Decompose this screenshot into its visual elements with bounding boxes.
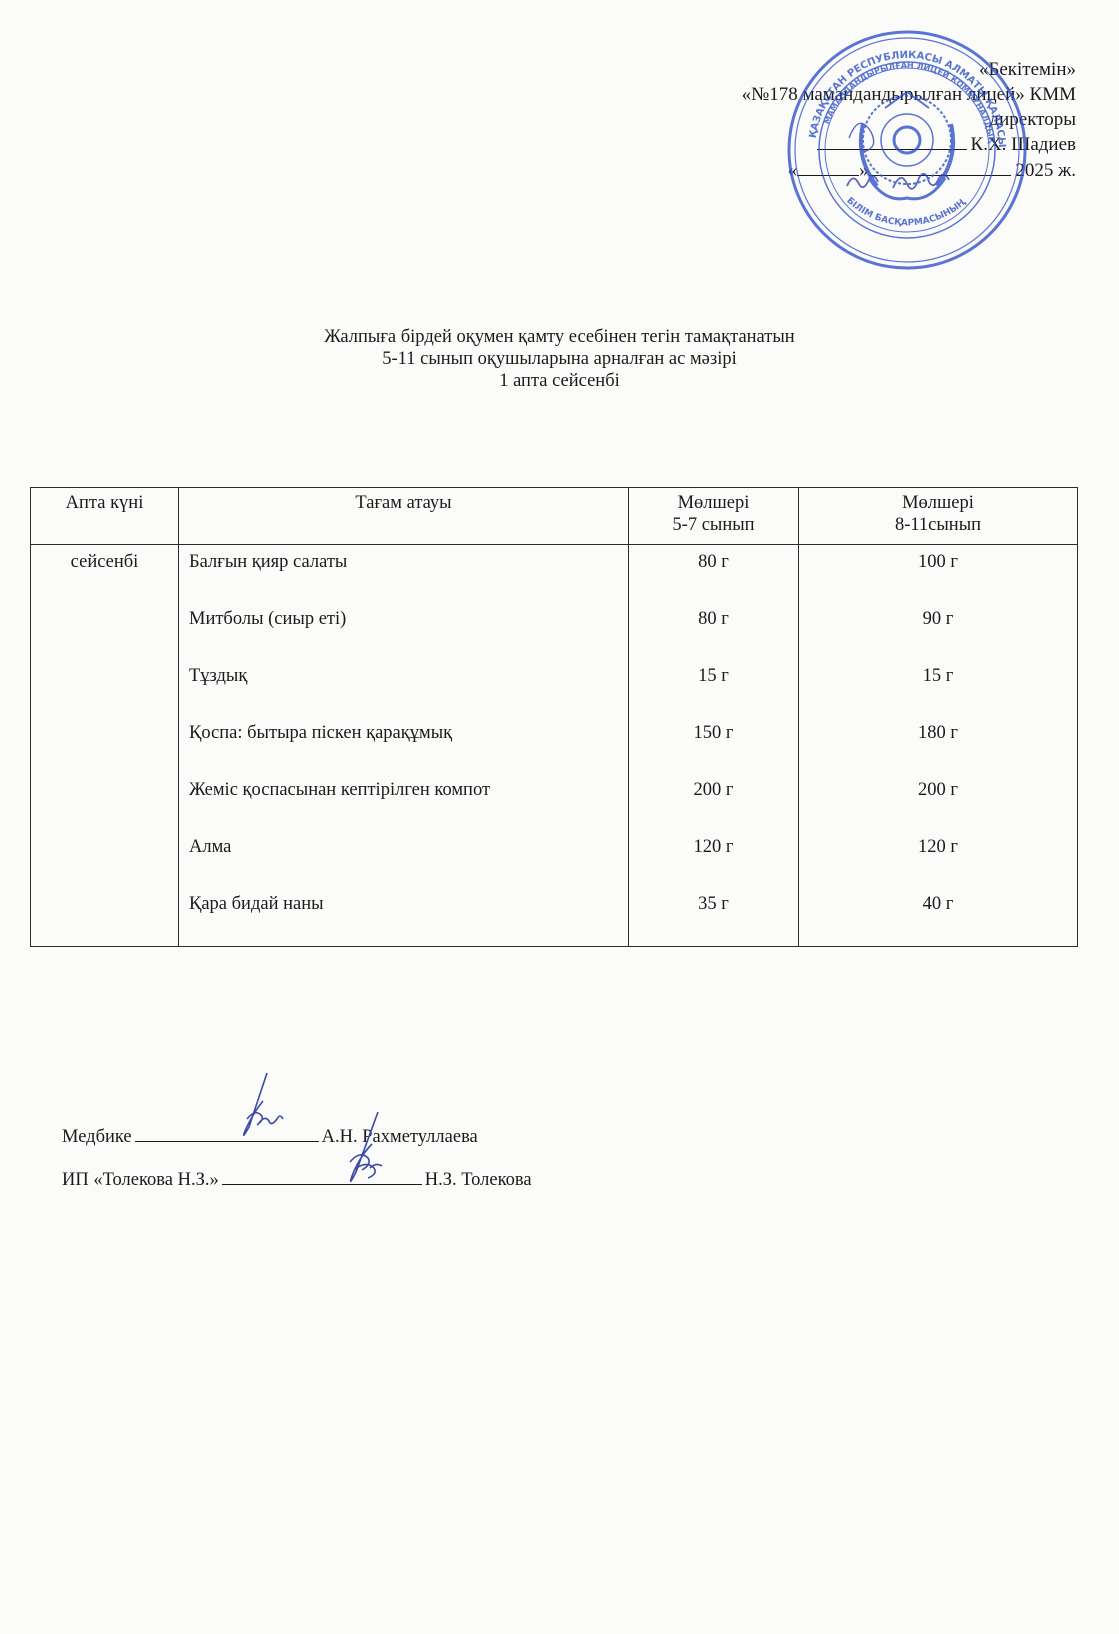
dish-cell: Алма [179, 832, 629, 889]
approval-signature-line [817, 133, 967, 150]
approval-signatory: К.Х. Шадиев [742, 132, 1076, 157]
qty-5-7-cell: 15 г [629, 661, 799, 718]
dish-cell: Қоспа: бытыра піскен қарақұмық [179, 718, 629, 775]
qty-5-7-cell: 150 г [629, 718, 799, 775]
approval-date: «» 2025 ж. [742, 157, 1076, 183]
date-month-blank [869, 157, 1011, 176]
header-qty-8-11: Мөлшері 8-11сынып [799, 488, 1078, 545]
signature-row-supplier: ИП «Толекова Н.З.» Н.З. Толекова [62, 1166, 532, 1209]
qty-8-11-cell: 120 г [799, 832, 1078, 889]
signature-line [222, 1166, 422, 1185]
handwritten-signature-icon [219, 1071, 299, 1151]
table-row: Жеміс қоспасынан кептірілген компот200 г… [31, 775, 1078, 832]
header-qty-5-7-grades: 5-7 сынып [629, 514, 798, 536]
date-quote-open: « [788, 160, 798, 181]
qty-8-11-cell: 40 г [799, 889, 1078, 947]
title-line-1: Жалпыға бірдей оқумен қамту есебінен тег… [0, 326, 1119, 348]
qty-8-11-cell: 100 г [799, 545, 1078, 605]
approval-heading: «Бекітемін» [742, 57, 1076, 82]
table-row: сейсенбіБалғын қияр салаты80 г100 г [31, 545, 1078, 605]
table-row: Тұздық15 г15 г [31, 661, 1078, 718]
signature-line [135, 1123, 319, 1142]
qty-5-7-cell: 80 г [629, 545, 799, 605]
table-header-row: Апта күні Тағам атауы Мөлшері 5-7 сынып … [31, 488, 1078, 545]
signature-row-nurse: Медбике А.Н. Рахметуллаева [62, 1123, 532, 1166]
dish-cell: Митболы (сиыр еті) [179, 604, 629, 661]
qty-5-7-cell: 120 г [629, 832, 799, 889]
signature-role: Медбике [62, 1127, 132, 1147]
dish-cell: Балғын қияр салаты [179, 545, 629, 605]
title-line-3: 1 апта сейсенбі [0, 370, 1119, 392]
header-qty-5-7-label: Мөлшері [629, 492, 798, 514]
qty-8-11-cell: 90 г [799, 604, 1078, 661]
svg-text:БІЛІМ БАСҚАРМАСЫНЫҢ: БІЛІМ БАСҚАРМАСЫНЫҢ [844, 196, 968, 228]
approval-position: директоры [742, 107, 1076, 132]
table-row: Митболы (сиыр еті)80 г90 г [31, 604, 1078, 661]
header-dish: Тағам атауы [179, 488, 629, 545]
approval-organization: «№178 мамандандырылған лицей» КММ [742, 82, 1076, 107]
table-row: Қоспа: бытыра піскен қарақұмық150 г180 г [31, 718, 1078, 775]
table-row: Қара бидай наны35 г40 г [31, 889, 1078, 947]
dish-cell: Тұздық [179, 661, 629, 718]
title-line-2: 5-11 сынып оқушыларына арналған ас мәзір… [0, 348, 1119, 370]
menu-table-body: сейсенбіБалғын қияр салаты80 г100 гМитбо… [31, 545, 1078, 947]
table-row: Алма120 г120 г [31, 832, 1078, 889]
approval-signatory-name: К.Х. Шадиев [971, 134, 1076, 155]
header-day: Апта күні [31, 488, 179, 545]
qty-8-11-cell: 15 г [799, 661, 1078, 718]
signature-block: Медбике А.Н. Рахметуллаева ИП «Толекова … [62, 1123, 532, 1209]
approval-block: «Бекітемін» «№178 мамандандырылған лицей… [742, 57, 1076, 183]
qty-5-7-cell: 200 г [629, 775, 799, 832]
date-quote-close: » [859, 160, 869, 181]
day-cell: сейсенбі [31, 545, 179, 947]
dish-cell: Жеміс қоспасынан кептірілген компот [179, 775, 629, 832]
qty-8-11-cell: 180 г [799, 718, 1078, 775]
signature-name: Н.З. Толекова [425, 1170, 532, 1190]
header-qty-8-11-label: Мөлшері [799, 492, 1077, 514]
menu-table: Апта күні Тағам атауы Мөлшері 5-7 сынып … [30, 487, 1078, 947]
qty-5-7-cell: 35 г [629, 889, 799, 947]
dish-cell: Қара бидай наны [179, 889, 629, 947]
qty-5-7-cell: 80 г [629, 604, 799, 661]
signature-name: А.Н. Рахметуллаева [322, 1127, 478, 1147]
document-title: Жалпыға бірдей оқумен қамту есебінен тег… [0, 326, 1119, 392]
date-day-blank [797, 157, 859, 176]
date-year: 2025 ж. [1015, 160, 1076, 181]
header-qty-8-11-grades: 8-11сынып [799, 514, 1077, 536]
header-qty-5-7: Мөлшері 5-7 сынып [629, 488, 799, 545]
signature-role: ИП «Толекова Н.З.» [62, 1170, 219, 1190]
qty-8-11-cell: 200 г [799, 775, 1078, 832]
